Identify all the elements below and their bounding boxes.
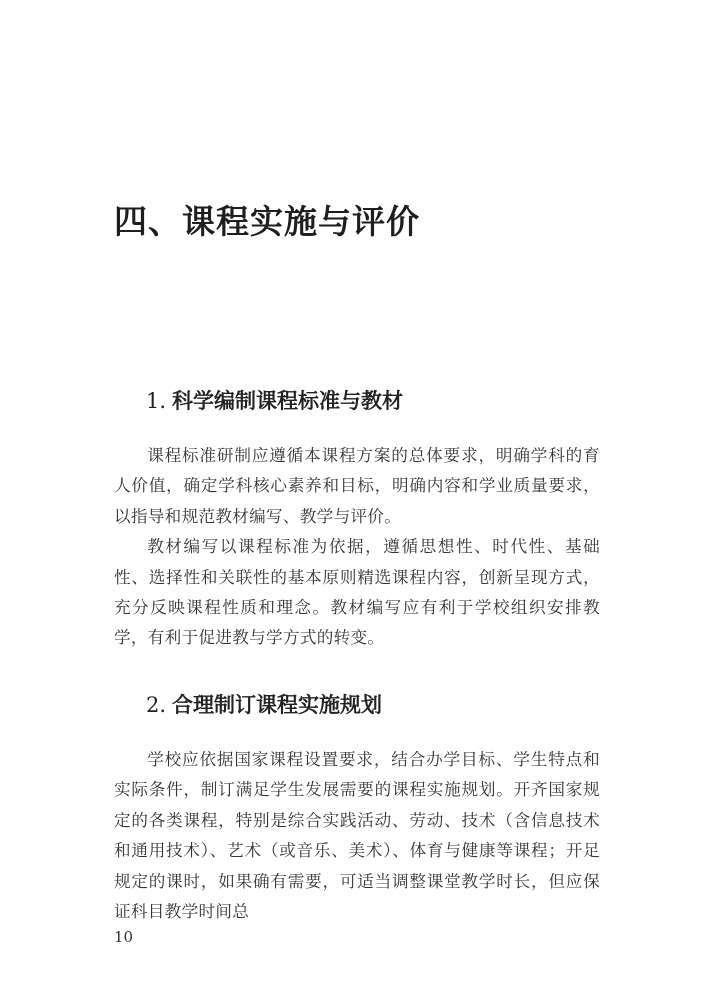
paragraph: 课程标准研制应遵循本课程方案的总体要求，明确学科的育人价值，确定学科核心素养和目… <box>114 441 600 532</box>
chapter-title: 四、课程实施与评价 <box>114 196 420 243</box>
section-heading-2: 2.合理制订课程实施规划 <box>146 689 382 719</box>
paragraph: 教材编写以课程标准为依据，遵循思想性、时代性、基础性、选择性和关联性的基本原则精… <box>114 532 600 654</box>
section-heading-1: 1.科学编制课程标准与教材 <box>146 385 403 415</box>
section-title: 科学编制课程标准与教材 <box>172 388 403 413</box>
section-2-body: 学校应依据国家课程设置要求，结合办学目标、学生特点和实际条件，制订满足学生发展需… <box>114 745 600 927</box>
page-number: 10 <box>114 928 133 946</box>
section-number: 2. <box>146 693 166 717</box>
section-1-body: 课程标准研制应遵循本课程方案的总体要求，明确学科的育人价值，确定学科核心素养和目… <box>114 441 600 654</box>
section-number: 1. <box>146 389 166 413</box>
paragraph: 学校应依据国家课程设置要求，结合办学目标、学生特点和实际条件，制订满足学生发展需… <box>114 745 600 927</box>
section-title: 合理制订课程实施规划 <box>172 692 382 717</box>
